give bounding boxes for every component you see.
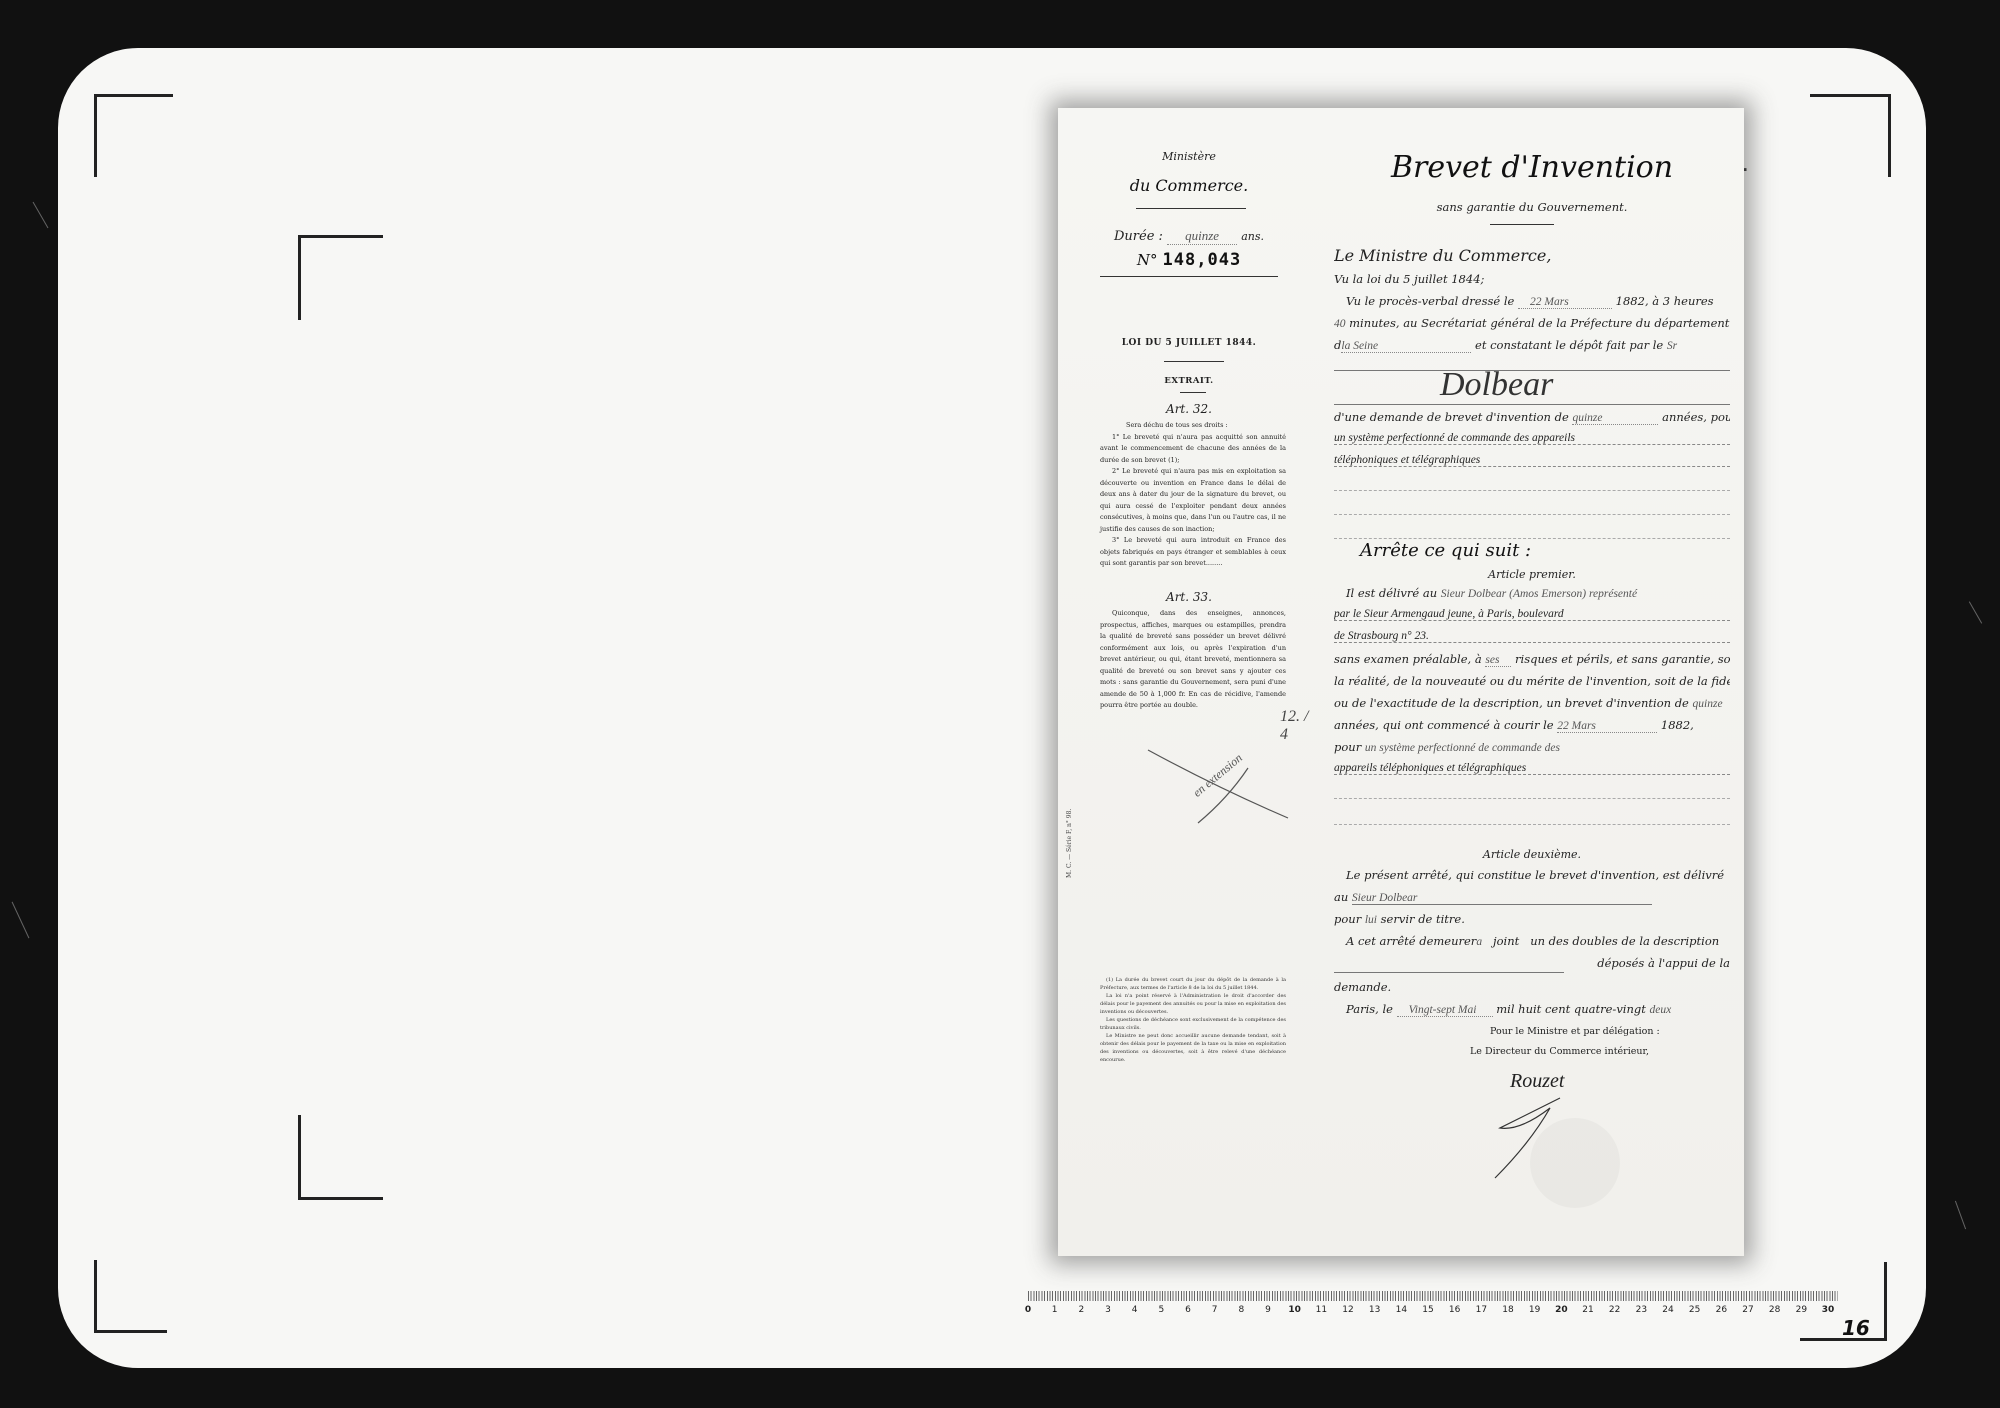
art2-demande: demande. — [1334, 980, 1730, 994]
ruler-label: 10 — [1288, 1305, 1301, 1315]
applicant-name: Dolbear — [1440, 366, 1553, 404]
law-title: LOI DU 5 JUILLET 1844. — [1058, 338, 1320, 348]
signature: Rouzet — [1510, 1070, 1564, 1093]
ruler-label: 12 — [1342, 1305, 1353, 1315]
minutes-line: 40 minutes, au Secrétariat général de la… — [1334, 316, 1730, 330]
invention-title-line1: un système perfectionné de commande des … — [1334, 432, 1730, 445]
ruler-label: 2 — [1078, 1305, 1084, 1315]
ruler-label: 8 — [1238, 1305, 1244, 1315]
art1-name-line2: par le Sieur Armengaud jeune, à Paris, b… — [1334, 608, 1730, 621]
folio-stamp: 16 — [1842, 1316, 1870, 1340]
art2-deposes: déposés à l'appui de la — [1334, 956, 1730, 970]
minister-heading: Le Ministre du Commerce, — [1334, 246, 1730, 265]
art1-name-line3: de Strasbourg n° 23. — [1334, 630, 1730, 643]
ruler-label: 23 — [1636, 1305, 1647, 1315]
arrete-heading: Arrête ce qui suit : — [1360, 540, 1531, 561]
ruler-label: 24 — [1662, 1305, 1673, 1315]
ruler-label: 6 — [1185, 1305, 1191, 1315]
art32-text: Sera déchu de tous ses droits : 1° Le br… — [1100, 420, 1286, 570]
ruler-label: 5 — [1158, 1305, 1164, 1315]
ruler-label: 27 — [1742, 1305, 1753, 1315]
ruler-label: 11 — [1316, 1305, 1327, 1315]
vu-loi: Vu la loi du 5 juillet 1844; — [1334, 272, 1730, 286]
right-column: Brevet d'Invention sans garantie du Gouv… — [1320, 108, 1744, 1256]
crop-mark-bottom-left-inner — [298, 1115, 383, 1200]
crop-mark-top-right — [1810, 94, 1891, 177]
paris-date-line: Paris, le Vingt-sept Mai mil huit cent q… — [1334, 1002, 1730, 1017]
ruler-label: 9 — [1265, 1305, 1271, 1315]
vu-proces-verbal: Vu le procès-verbal dressé le 22 Mars 18… — [1334, 294, 1730, 309]
art33-text: Quiconque, dans des enseignes, annonces,… — [1100, 608, 1286, 712]
ruler-label: 17 — [1476, 1305, 1487, 1315]
ruler-label: 28 — [1769, 1305, 1780, 1315]
art1-p4: ou de l'exactitude de la description, un… — [1334, 696, 1730, 710]
article1-title: Article premier. — [1320, 568, 1744, 581]
measurement-ruler: 0123456789101112131415161718192021222324… — [1028, 1285, 1838, 1317]
pour-ministre: Pour le Ministre et par délégation : — [1490, 1026, 1660, 1037]
ruler-label: 19 — [1529, 1305, 1540, 1315]
art32-title: Art. 32. — [1058, 402, 1320, 416]
invention-title-line2: téléphoniques et télégraphiques — [1334, 454, 1730, 467]
ruler-label: 16 — [1449, 1305, 1460, 1315]
art2-recipient: au Sieur Dolbear — [1334, 890, 1730, 905]
document-subtitle: sans garantie du Gouvernement. — [1320, 200, 1744, 214]
art1-p3: la réalité, de la nouveauté ou du mérite… — [1334, 674, 1730, 688]
directeur-title: Le Directeur du Commerce intérieur, — [1470, 1046, 1649, 1057]
ruler-label: 14 — [1396, 1305, 1407, 1315]
ministry-line1: Ministère — [1058, 150, 1320, 163]
art1-invention-line2: appareils téléphoniques et télégraphique… — [1334, 762, 1730, 775]
crop-mark-top-left-inner — [298, 235, 383, 320]
ruler-label: 29 — [1796, 1305, 1807, 1315]
article2-title: Article deuxième. — [1320, 848, 1744, 861]
art1-p1: sans examen préalable, à ses risques et … — [1334, 652, 1730, 667]
form-reference: M. C. — Série F, n° 98. — [1066, 809, 1073, 878]
ruler-label: 25 — [1689, 1305, 1700, 1315]
footnotes: (1) La durée du brevet court du jour du … — [1100, 976, 1286, 1064]
crop-mark-top-left-outer — [94, 94, 173, 177]
ruler-label: 15 — [1422, 1305, 1433, 1315]
ruler-label: 18 — [1502, 1305, 1513, 1315]
ministry-line2: du Commerce. — [1058, 176, 1320, 195]
art1-pour: pour un système perfectionné de commande… — [1334, 740, 1730, 754]
ruler-label: 22 — [1609, 1305, 1620, 1315]
ruler-label: 0 — [1025, 1305, 1031, 1315]
left-column: Ministère du Commerce. Durée : quinze an… — [1058, 108, 1320, 1256]
ruler-label: 30 — [1822, 1305, 1835, 1315]
extract-label: EXTRAIT. — [1058, 376, 1320, 386]
department-line: dla Seine et constatant le dépôt fait pa… — [1334, 338, 1730, 353]
ruler-label: 20 — [1555, 1305, 1568, 1315]
art1-p5: années, qui ont commencé à courir le 22 … — [1334, 718, 1730, 733]
patent-number: N° 148,043 — [1058, 250, 1320, 270]
ruler-label: 13 — [1369, 1305, 1380, 1315]
ruler-label: 7 — [1212, 1305, 1218, 1315]
art1-delivre: Il est délivré au Sieur Dolbear (Amos Em… — [1334, 586, 1730, 600]
crop-mark-bottom-left-outer — [94, 1260, 167, 1333]
ruler-label: 4 — [1132, 1305, 1138, 1315]
ruler-label: 3 — [1105, 1305, 1111, 1315]
document-title: Brevet d'Invention — [1320, 150, 1744, 185]
ruler-label: 26 — [1716, 1305, 1727, 1315]
embossed-seal — [1530, 1118, 1620, 1208]
patent-document: Ministère du Commerce. Durée : quinze an… — [1058, 108, 1744, 1256]
ruler-label: 21 — [1582, 1305, 1593, 1315]
ruler-label: 1 — [1052, 1305, 1058, 1315]
art2-p2: A cet arrêté demeurera joint un des doub… — [1334, 934, 1730, 948]
demande-line: d'une demande de brevet d'invention de q… — [1334, 410, 1730, 425]
art2-titre: pour lui servir de titre. — [1334, 912, 1730, 926]
art33-title: Art. 33. — [1058, 590, 1320, 604]
art2-p1: Le présent arrêté, qui constitue le brev… — [1334, 868, 1730, 882]
duration-field: Durée : quinze ans. — [1058, 228, 1320, 245]
